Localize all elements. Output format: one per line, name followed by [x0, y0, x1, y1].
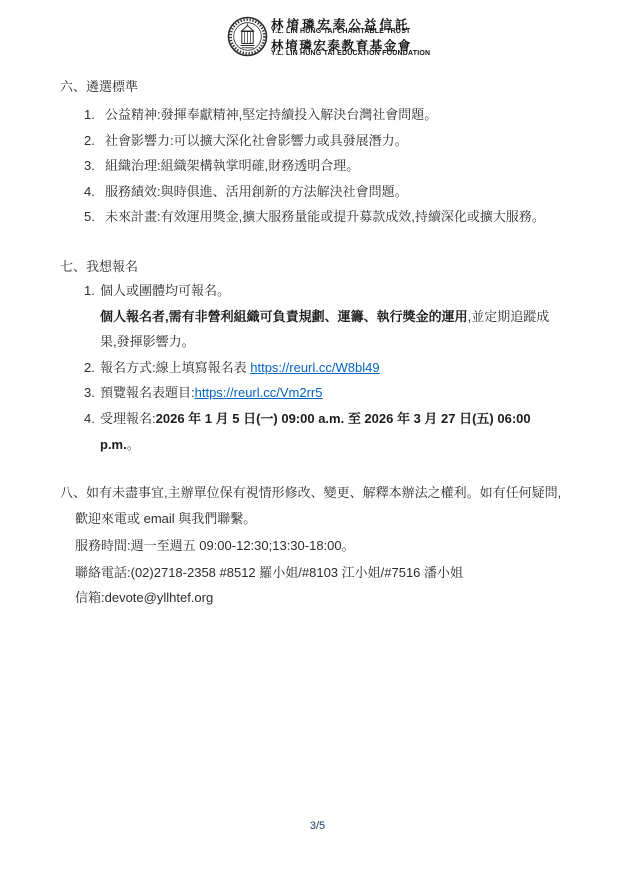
note-regular-text: ,並定期追蹤成 — [468, 309, 550, 324]
section6-heading: 六、遴選標準 — [60, 79, 138, 94]
item-number: 5. — [84, 209, 105, 224]
list-item: 4.服務績效:與時俱進、活用創新的方法解決社會問題。 — [84, 184, 408, 199]
list-item: 1.個人或團體均可報名。 — [84, 283, 230, 298]
item-text: 。 — [127, 437, 140, 452]
section8-line2: 歡迎來電或 email 與我們聯繫。 — [75, 511, 256, 526]
foundation-seal-icon — [227, 16, 268, 57]
item-text: 公益精神:發揮奉獻精神,堅定持續投入解決台灣社會問題。 — [105, 107, 437, 122]
item-text: 組織治理:組織架構執掌明確,財務透明合理。 — [105, 158, 359, 173]
item-number: 1. — [84, 107, 105, 122]
item-text: 預覽報名表題目: — [100, 385, 195, 400]
item-number: 3. — [84, 385, 100, 400]
item-text: 受理報名: — [100, 411, 156, 426]
item-text: 個人或團體均可報名。 — [100, 283, 230, 298]
note-bold-text: 個人報名者,需有非營利組織可負責規劃、運籌、執行獎金的運用 — [100, 309, 468, 324]
contact-phone: 聯絡電話:(02)2718-2358 #8512 羅小姐/#8103 江小姐/#… — [75, 565, 463, 580]
list-item: 3.組織治理:組織架構執掌明確,財務透明合理。 — [84, 158, 359, 173]
item-number: 2. — [84, 133, 105, 148]
item-number: 4. — [84, 411, 100, 426]
registration-form-link[interactable]: https://reurl.cc/W8bl49 — [250, 360, 379, 375]
item-text: 服務績效:與時俱進、活用創新的方法解決社會問題。 — [105, 184, 408, 199]
item-number: 2. — [84, 360, 100, 375]
form-preview-link[interactable]: https://reurl.cc/Vm2rr5 — [195, 385, 323, 400]
item-text: 報名方式:線上填寫報名表 — [100, 360, 250, 375]
contact-email: 信箱:devote@yllhtef.org — [75, 590, 213, 605]
item-number: 3. — [84, 158, 105, 173]
list-item: 1.公益精神:發揮奉獻精神,堅定持續投入解決台灣社會問題。 — [84, 107, 437, 122]
list-item: 3.預覽報名表題目:https://reurl.cc/Vm2rr5 — [84, 385, 323, 400]
document-page: 林堉璘宏泰公益信託 Y.L. LIN HUNG TAI CHARITABLE T… — [0, 0, 635, 895]
registration-period-bold: 2026 年 1 月 5 日(一) 09:00 a.m. 至 2026 年 3 … — [156, 411, 531, 426]
section7-heading: 七、我想報名 — [60, 259, 138, 274]
page-number: 3/5 — [0, 820, 635, 832]
org-name-en-trust: Y.L. LIN HUNG TAI CHARITABLE TRUST — [271, 28, 411, 35]
list-item: 4.受理報名:2026 年 1 月 5 日(一) 09:00 a.m. 至 20… — [84, 411, 531, 426]
registration-period-line2: p.m.。 — [100, 437, 140, 452]
item-note-line1: 個人報名者,需有非營利組織可負責規劃、運籌、執行獎金的運用,並定期追蹤成 — [100, 309, 549, 324]
item-number: 4. — [84, 184, 105, 199]
registration-period-bold: p.m. — [100, 437, 127, 452]
service-hours: 服務時間:週一至週五 09:00-12:30;13:30-18:00。 — [75, 538, 355, 553]
item-note-line2: 果,發揮影響力。 — [100, 334, 195, 349]
list-item: 5.未來計畫:有效運用獎金,擴大服務量能或提升募款成效,持續深化或擴大服務。 — [84, 209, 545, 224]
section8-line1: 八、如有未盡事宜,主辦單位保有視情形修改、變更、解釋本辦法之權利。如有任何疑問, — [60, 485, 561, 500]
item-number: 1. — [84, 283, 100, 298]
item-text: 未來計畫:有效運用獎金,擴大服務量能或提升募款成效,持續深化或擴大服務。 — [105, 209, 545, 224]
list-item: 2.社會影響力:可以擴大深化社會影響力或具發展潛力。 — [84, 133, 408, 148]
list-item: 2.報名方式:線上填寫報名表 https://reurl.cc/W8bl49 — [84, 360, 380, 375]
org-name-en-foundation: Y.L. LIN HUNG TAI EDUCATION FOUNDATION — [271, 50, 430, 57]
item-text: 社會影響力:可以擴大深化社會影響力或具發展潛力。 — [105, 133, 408, 148]
